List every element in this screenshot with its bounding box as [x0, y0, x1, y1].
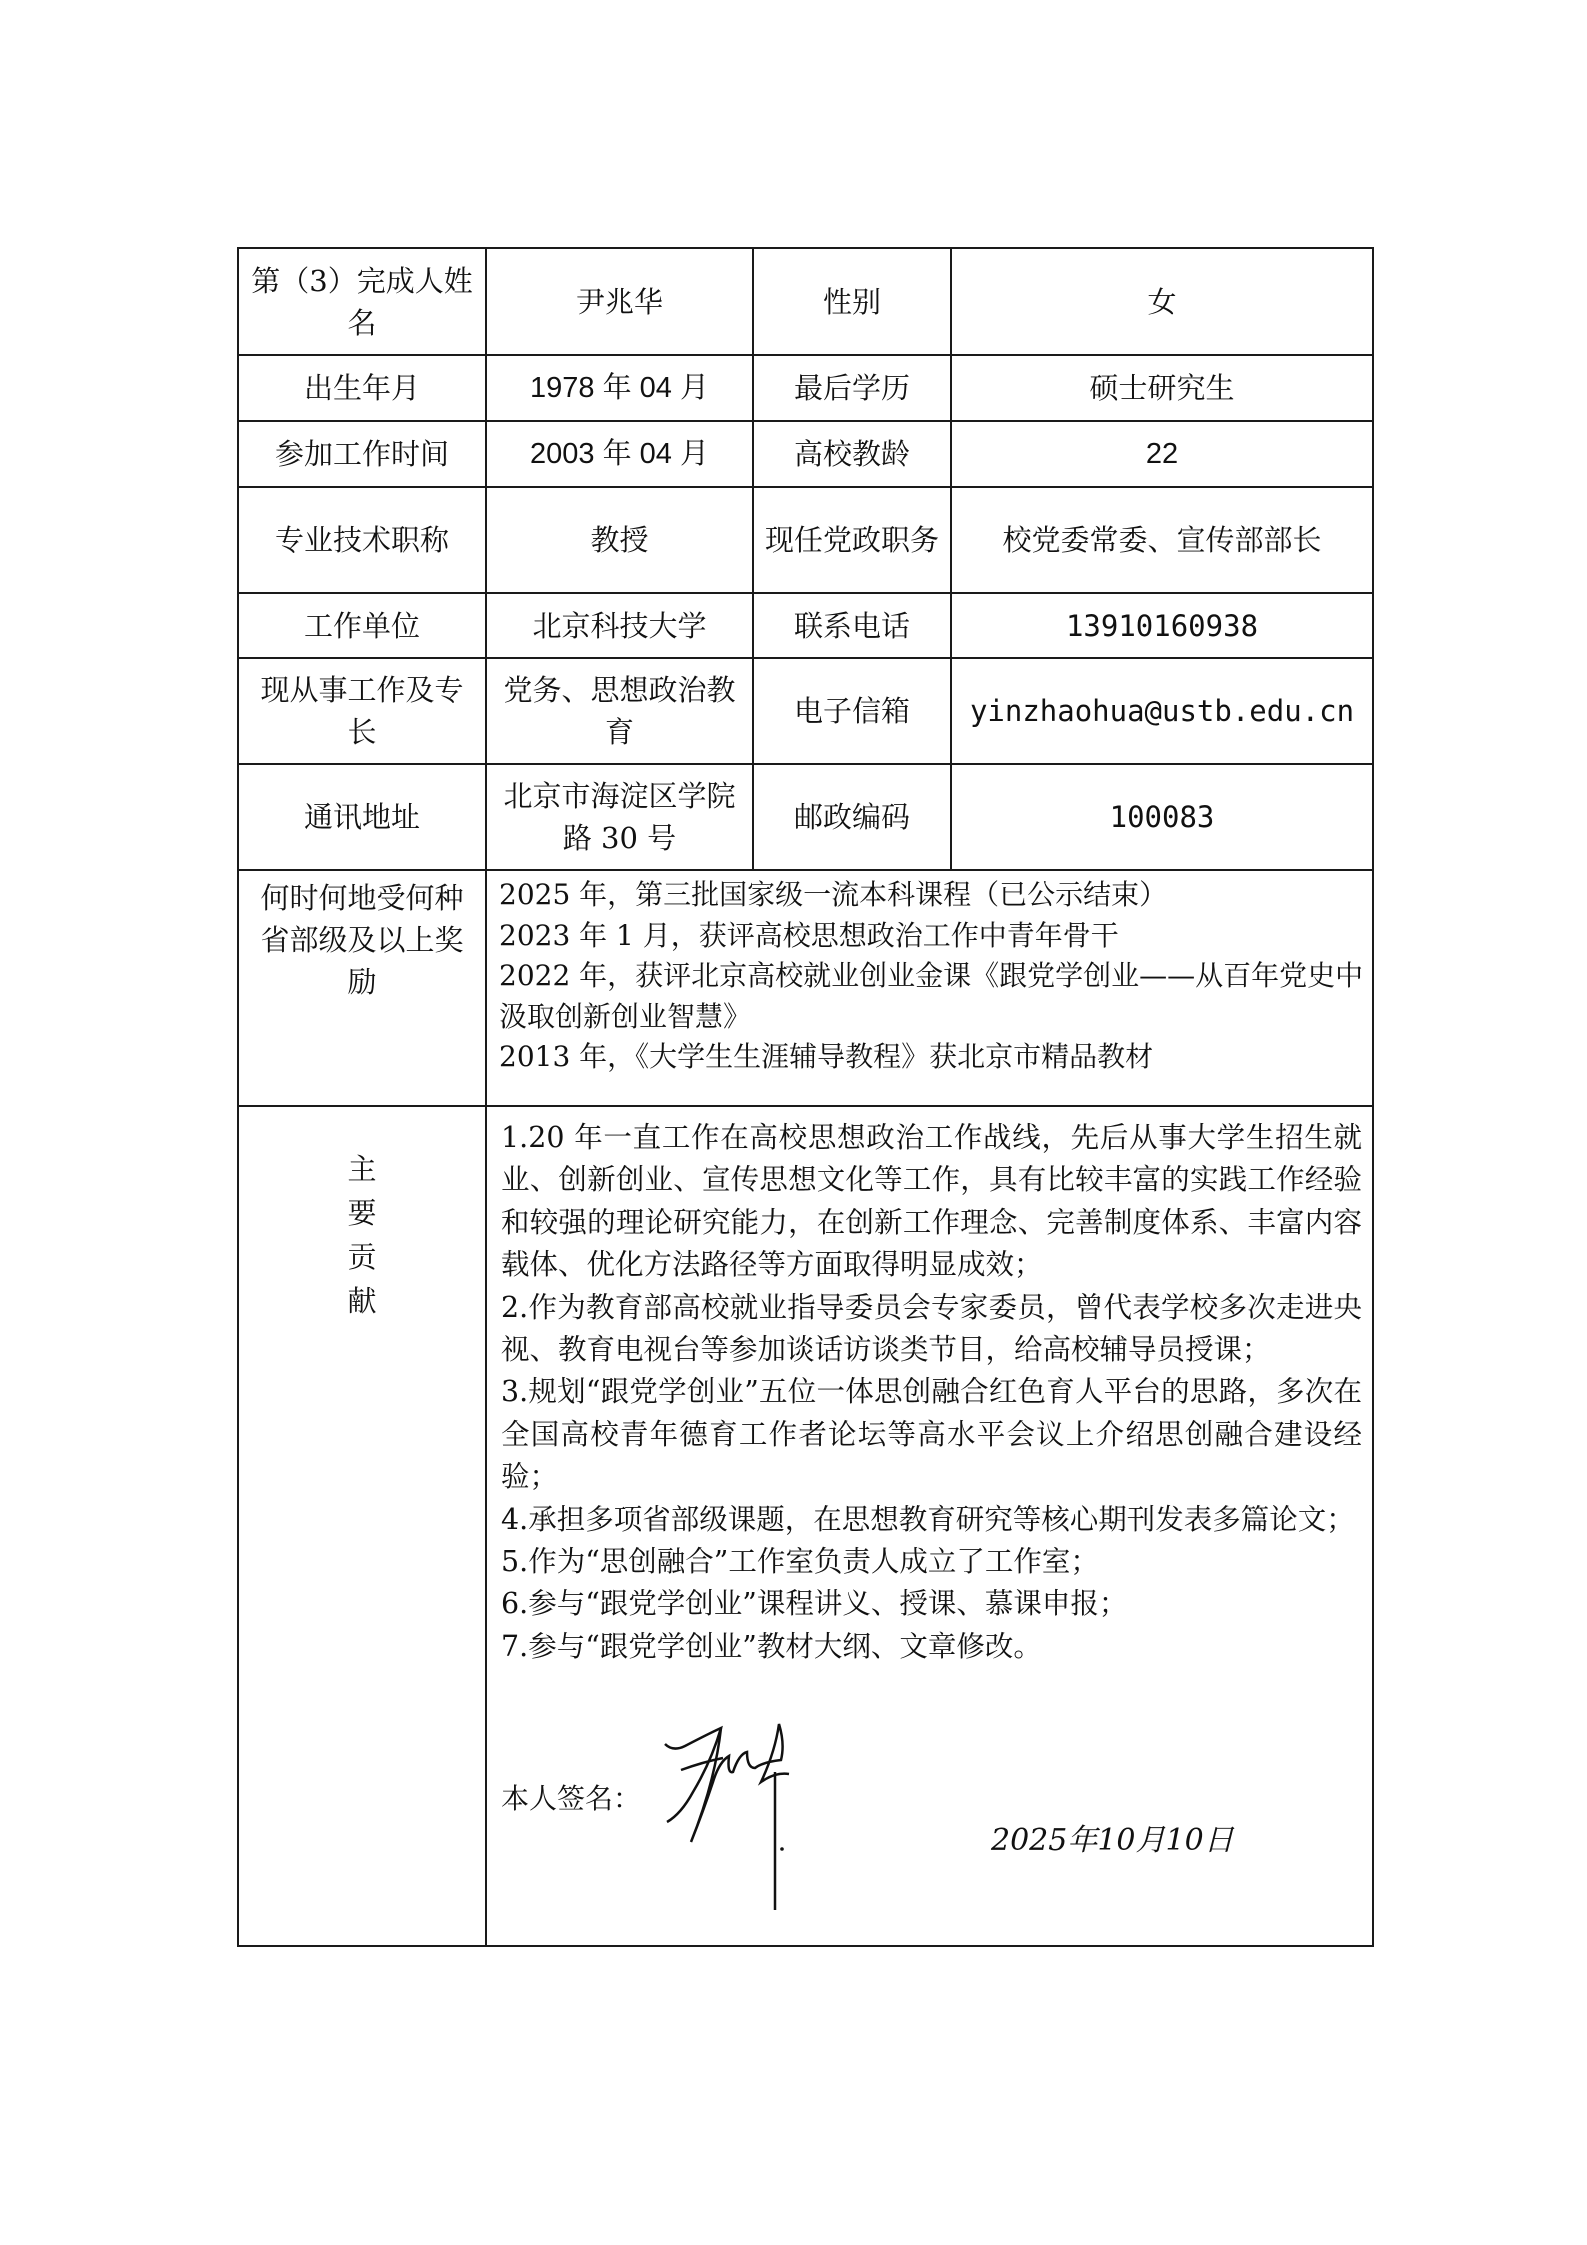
- row-address-postcode: 通讯地址 北京市海淀区学院路 30 号 邮政编码 100083: [238, 764, 1373, 870]
- value-birth-date: 1978 年 04 月: [486, 355, 753, 421]
- value-gender: 女: [951, 248, 1373, 355]
- value-teaching-years: 22: [951, 421, 1373, 487]
- label-party-position: 现任党政职务: [753, 487, 951, 593]
- label-awards: 何时何地受何种省部级及以上奖励: [238, 870, 486, 1106]
- label-phone: 联系电话: [753, 593, 951, 658]
- label-gender: 性别: [753, 248, 951, 355]
- label-birth-date: 出生年月: [238, 355, 486, 421]
- contribution-item: 5.作为“思创融合”工作室负责人成立了工作室；: [501, 1541, 1362, 1583]
- value-address: 北京市海淀区学院路 30 号: [486, 764, 753, 870]
- value-completer-name: 尹兆华: [486, 248, 753, 355]
- label-employer: 工作单位: [238, 593, 486, 658]
- value-postcode: 100083: [951, 764, 1373, 870]
- label-char: 献: [347, 1279, 376, 1323]
- contribution-item: 7.参与“跟党学创业”教材大纲、文章修改。: [501, 1626, 1362, 1668]
- row-title-position: 专业技术职称 教授 现任党政职务 校党委常委、宣传部部长: [238, 487, 1373, 593]
- value-party-position: 校党委常委、宣传部部长: [951, 487, 1373, 593]
- award-item: 2023 年 1 月，获评高校思想政治工作中青年骨干: [499, 916, 1364, 957]
- row-birth-education: 出生年月 1978 年 04 月 最后学历 硕士研究生: [238, 355, 1373, 421]
- label-postcode: 邮政编码: [753, 764, 951, 870]
- label-specialty: 现从事工作及专长: [238, 658, 486, 764]
- contribution-item: 3.规划“跟党学创业”五位一体思创融合红色育人平台的思路，多次在全国高校青年德育…: [501, 1371, 1362, 1498]
- row-work-start-teaching-years: 参加工作时间 2003 年 04 月 高校教龄 22: [238, 421, 1373, 487]
- value-phone: 13910160938: [951, 593, 1373, 658]
- value-professional-title: 教授: [486, 487, 753, 593]
- label-contributions: 主 要 贡 献: [238, 1106, 486, 1946]
- value-email: yinzhaohua@ustb.edu.cn: [951, 658, 1373, 764]
- label-highest-degree: 最后学历: [753, 355, 951, 421]
- award-item: 2025 年，第三批国家级一流本科课程（已公示结束）: [499, 875, 1364, 916]
- value-employer: 北京科技大学: [486, 593, 753, 658]
- contribution-item: 2.作为教育部高校就业指导委员会专家委员，曾代表学校多次走进央视、教育电视台等参…: [501, 1287, 1362, 1372]
- label-email: 电子信箱: [753, 658, 951, 764]
- row-specialty-email: 现从事工作及专长 党务、思想政治教育 电子信箱 yinzhaohua@ustb.…: [238, 658, 1373, 764]
- label-professional-title: 专业技术职称: [238, 487, 486, 593]
- row-name-gender: 第（3）完成人姓名 尹兆华 性别 女: [238, 248, 1373, 355]
- signature-area: 本人签名： 2025年10月10日: [501, 1722, 1362, 1922]
- row-employer-phone: 工作单位 北京科技大学 联系电话 13910160938: [238, 593, 1373, 658]
- awards-list: 2025 年，第三批国家级一流本科课程（已公示结束） 2023 年 1 月，获评…: [486, 870, 1373, 1106]
- label-teaching-years: 高校教龄: [753, 421, 951, 487]
- value-highest-degree: 硕士研究生: [951, 355, 1373, 421]
- signature-date: 2025年10月10日: [991, 1820, 1234, 1862]
- handwritten-signature-icon: [663, 1722, 803, 1912]
- label-char: 主: [347, 1147, 376, 1191]
- contribution-item: 4.承担多项省部级课题，在思想教育研究等核心期刊发表多篇论文；: [501, 1499, 1362, 1541]
- contribution-item: 1.20 年一直工作在高校思想政治工作战线，先后从事大学生招生就业、创新创业、宣…: [501, 1117, 1362, 1287]
- value-specialty: 党务、思想政治教育: [486, 658, 753, 764]
- award-item: 2013 年，《大学生生涯辅导教程》获北京市精品教材: [499, 1037, 1364, 1078]
- contribution-item: 6.参与“跟党学创业”课程讲义、授课、慕课申报；: [501, 1583, 1362, 1625]
- row-contributions: 主 要 贡 献 1.20 年一直工作在高校思想政治工作战线，先后从事大学生招生就…: [238, 1106, 1373, 1946]
- contributions-list: 1.20 年一直工作在高校思想政治工作战线，先后从事大学生招生就业、创新创业、宣…: [486, 1106, 1373, 1946]
- label-char: 要: [347, 1191, 376, 1235]
- label-completer-name: 第（3）完成人姓名: [238, 248, 486, 355]
- label-address: 通讯地址: [238, 764, 486, 870]
- label-char: 贡: [347, 1235, 376, 1279]
- label-work-start: 参加工作时间: [238, 421, 486, 487]
- award-item: 2022 年，获评北京高校就业创业金课《跟党学创业——从百年党史中汲取创新创业智…: [499, 956, 1364, 1037]
- completer-info-form: 第（3）完成人姓名 尹兆华 性别 女 出生年月 1978 年 04 月 最后学历…: [237, 247, 1374, 1947]
- row-awards: 何时何地受何种省部级及以上奖励 2025 年，第三批国家级一流本科课程（已公示结…: [238, 870, 1373, 1106]
- value-work-start: 2003 年 04 月: [486, 421, 753, 487]
- signature-label: 本人签名：: [501, 1778, 641, 1820]
